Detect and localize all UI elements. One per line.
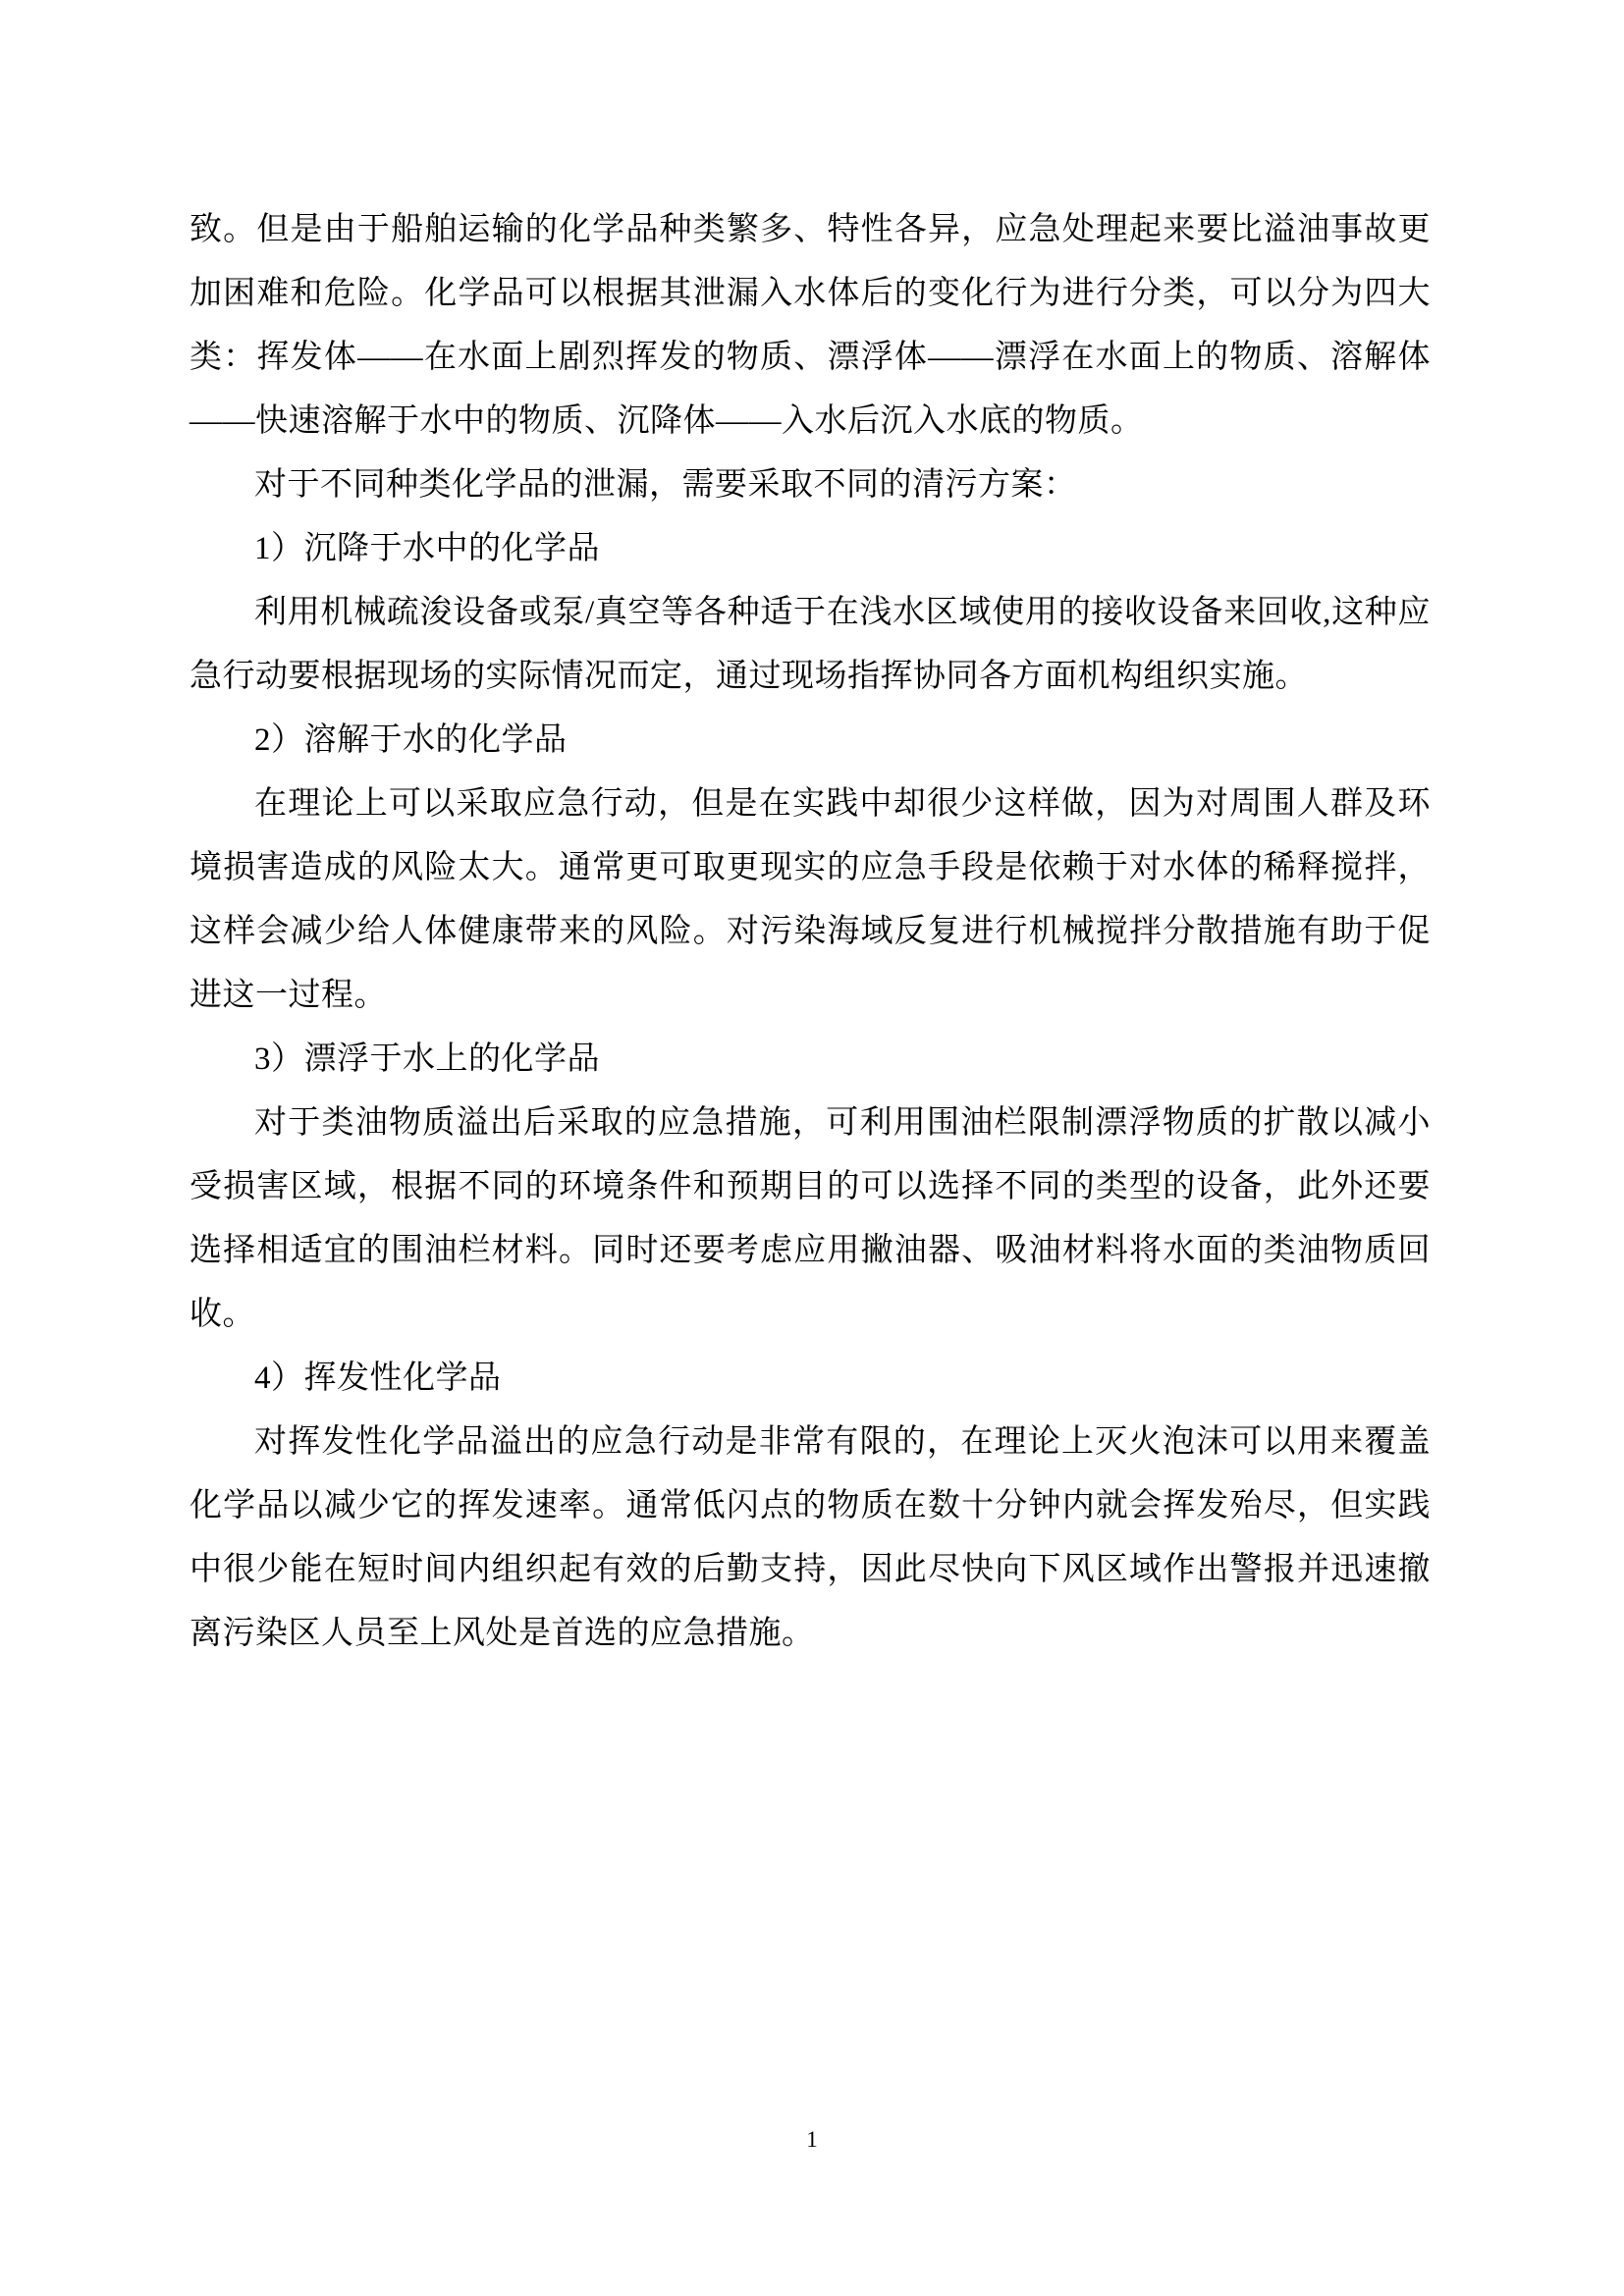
paragraph-item-3: 对于类油物质溢出后采取的应急措施，可利用围油栏限制漂浮物质的扩散以减小受损害区域…: [189, 1092, 1431, 1347]
paragraph-item-4: 对挥发性化学品溢出的应急行动是非常有限的，在理论上灭火泡沫可以用来覆盖化学品以减…: [189, 1411, 1431, 1666]
paragraph-plan-intro: 对于不同种类化学品的泄漏，需要采取不同的清污方案：: [189, 454, 1431, 517]
document-page: 致。但是由于船舶运输的化学品种类繁多、特性各异，应急处理起来要比溢油事故更加困难…: [0, 0, 1624, 2296]
heading-item-2: 2）溶解于水的化学品: [189, 709, 1431, 773]
paragraph-item-1: 利用机械疏浚设备或泵/真空等各种适于在浅水区域使用的接收设备来回收,这种应急行动…: [189, 581, 1431, 709]
heading-item-4: 4）挥发性化学品: [189, 1347, 1431, 1411]
heading-item-3: 3）漂浮于水上的化学品: [189, 1028, 1431, 1092]
paragraph-continuation: 致。但是由于船舶运输的化学品种类繁多、特性各异，应急处理起来要比溢油事故更加困难…: [189, 198, 1431, 454]
heading-item-1: 1）沉降于水中的化学品: [189, 517, 1431, 581]
document-body: 致。但是由于船舶运输的化学品种类繁多、特性各异，应急处理起来要比溢油事故更加困难…: [189, 198, 1431, 1666]
paragraph-item-2: 在理论上可以采取应急行动，但是在实践中却很少这样做，因为对周围人群及环境损害造成…: [189, 773, 1431, 1028]
page-number: 1: [806, 2127, 818, 2152]
page-footer: 1: [0, 2125, 1624, 2155]
